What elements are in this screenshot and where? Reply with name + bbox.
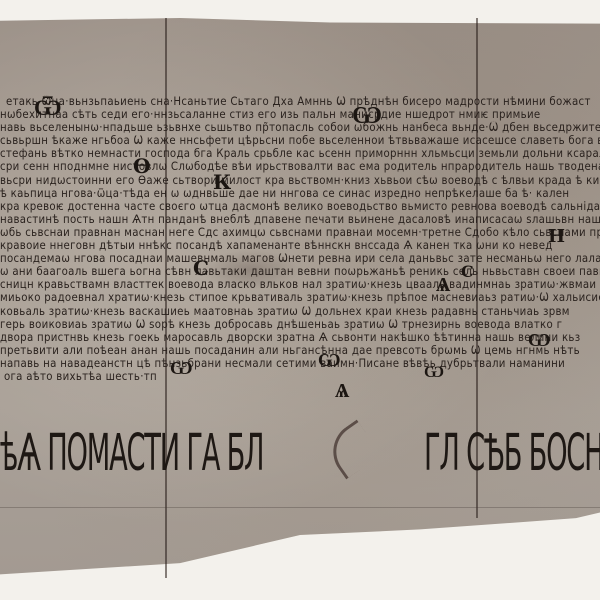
decorated-initial: Ѧ <box>436 272 450 297</box>
decorated-initial: Ѿ <box>34 95 62 121</box>
text-line: герь воиковиаь зратиѡ Ѡ ѕорѣ кнезь добро… <box>0 318 600 332</box>
text-line: вьсри нидѡстоинни его Ѳаже сьтвори милос… <box>0 174 600 188</box>
decorated-initial: Ѡ <box>318 350 341 371</box>
signature-left: ѣѦ ПОМАСТИ ГА БЛ <box>0 424 263 483</box>
decorated-initial: Ѡ <box>352 100 382 130</box>
decorated-initial: Н <box>548 226 565 247</box>
text-line: миьоко радоевнал хратиѡ·кнезь стипое крь… <box>0 292 600 306</box>
text-line: ога аѣто вихьтѣа шесть·тп <box>0 370 600 384</box>
text-line: двора пристнвь кнезь гоекь маросавль дво… <box>0 331 600 345</box>
text-line: ѣ каьпица нгова·ѿца·тѣда ен ѡ ѡднвьше да… <box>0 187 600 201</box>
decorated-initial: К <box>213 170 231 194</box>
text-line: сри сенн нподнмне нистовлѡ Слѡбодѣе вѣи … <box>0 161 600 175</box>
decorated-initial: Ѡ <box>170 358 193 379</box>
fold-line-horizontal <box>0 507 600 508</box>
decorated-initial: Ѡ <box>528 330 551 351</box>
decorated-initial: Ѡ <box>424 362 444 382</box>
charter-text: етакь Ѿца·вьнзьпаьиень сна·Нсаньтие Сьта… <box>0 96 600 384</box>
text-line: ковьаль зратиѡ·кнезь васкашиеь маатовнаь… <box>0 305 600 319</box>
signature-right: ГЛ СѢБ БОСН ИПА <box>424 424 600 483</box>
decorated-initial: Ѳ <box>133 154 150 178</box>
decorated-initial: С <box>461 262 474 281</box>
text-line: кра кревоѥ достенна часте своєго ѡтца да… <box>0 200 600 214</box>
decorated-initial: Ѧ <box>335 378 349 403</box>
decorated-initial: С <box>193 256 209 280</box>
